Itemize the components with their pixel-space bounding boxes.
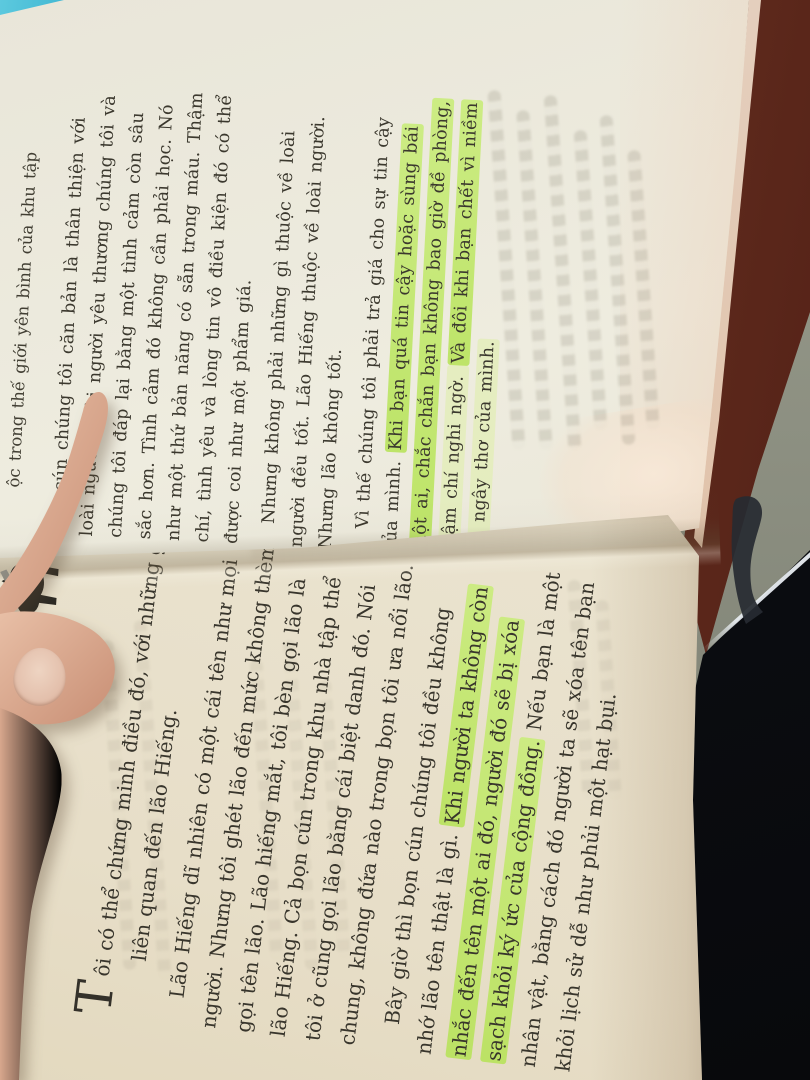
index-finger: [0, 392, 108, 624]
palm: [0, 708, 62, 1080]
book-photo-scene: ộc trong thế giới yên bình của khu tập B…: [0, 0, 810, 1080]
